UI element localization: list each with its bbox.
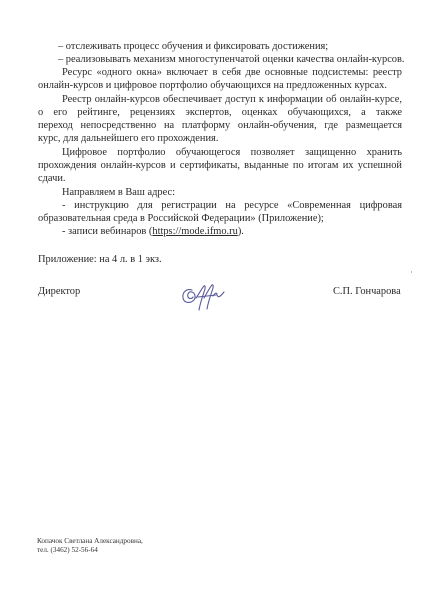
attachment-note: Приложение: на 4 л. в 1 экз. xyxy=(38,253,162,266)
paragraph-line: курс, для дальнейшего его прохождения. xyxy=(38,132,218,145)
bullet-item: – реализовывать механизм многоступенчато… xyxy=(58,53,405,66)
bullet-item: – отслеживать процесс обучения и фиксиро… xyxy=(58,40,328,53)
sending-item: - записи вебинаров (https://mode.ifmo.ru… xyxy=(62,225,402,238)
signer-name: С.П. Гончарова xyxy=(333,285,401,298)
sending-intro: Направляем в Ваш адрес: xyxy=(62,186,402,199)
executor-name: Копачок Светлана Александровна, xyxy=(37,537,143,546)
sending-item-suffix: ). xyxy=(238,226,244,237)
paragraph-line: прохождения онлайн-курсов и сертификаты,… xyxy=(38,159,402,172)
sending-item: - инструкцию для регистрации на ресурсе … xyxy=(62,199,402,212)
letter-page: – отслеживать процесс обучения и фиксиро… xyxy=(0,0,424,599)
paragraph-line: переход непосредственно на платформу онл… xyxy=(38,119,402,132)
paragraph-line: сдачи. xyxy=(38,172,65,185)
paragraph-line: Цифровое портфолио обучающегося позволяе… xyxy=(62,146,402,159)
webinar-link[interactable]: https://mode.ifmo.ru xyxy=(152,226,237,237)
signer-position: Директор xyxy=(38,285,80,298)
paragraph-line: Ресурс «одного окна» включает в себя две… xyxy=(62,66,402,79)
paragraph-line: о его рейтинге, рецензиях экспертов, оце… xyxy=(38,106,402,119)
sending-item: образовательная среда в Российской Федер… xyxy=(38,212,324,225)
sending-item-prefix: - записи вебинаров ( xyxy=(62,226,152,237)
scan-speck xyxy=(411,271,412,273)
paragraph-line: Реестр онлайн-курсов обеспечивает доступ… xyxy=(62,93,402,106)
signature-image xyxy=(180,280,232,314)
paragraph-line: онлайн-курсов и цифровое портфолио обуча… xyxy=(38,79,387,92)
executor-phone: тел. (3462) 52-56-64 xyxy=(37,546,98,555)
